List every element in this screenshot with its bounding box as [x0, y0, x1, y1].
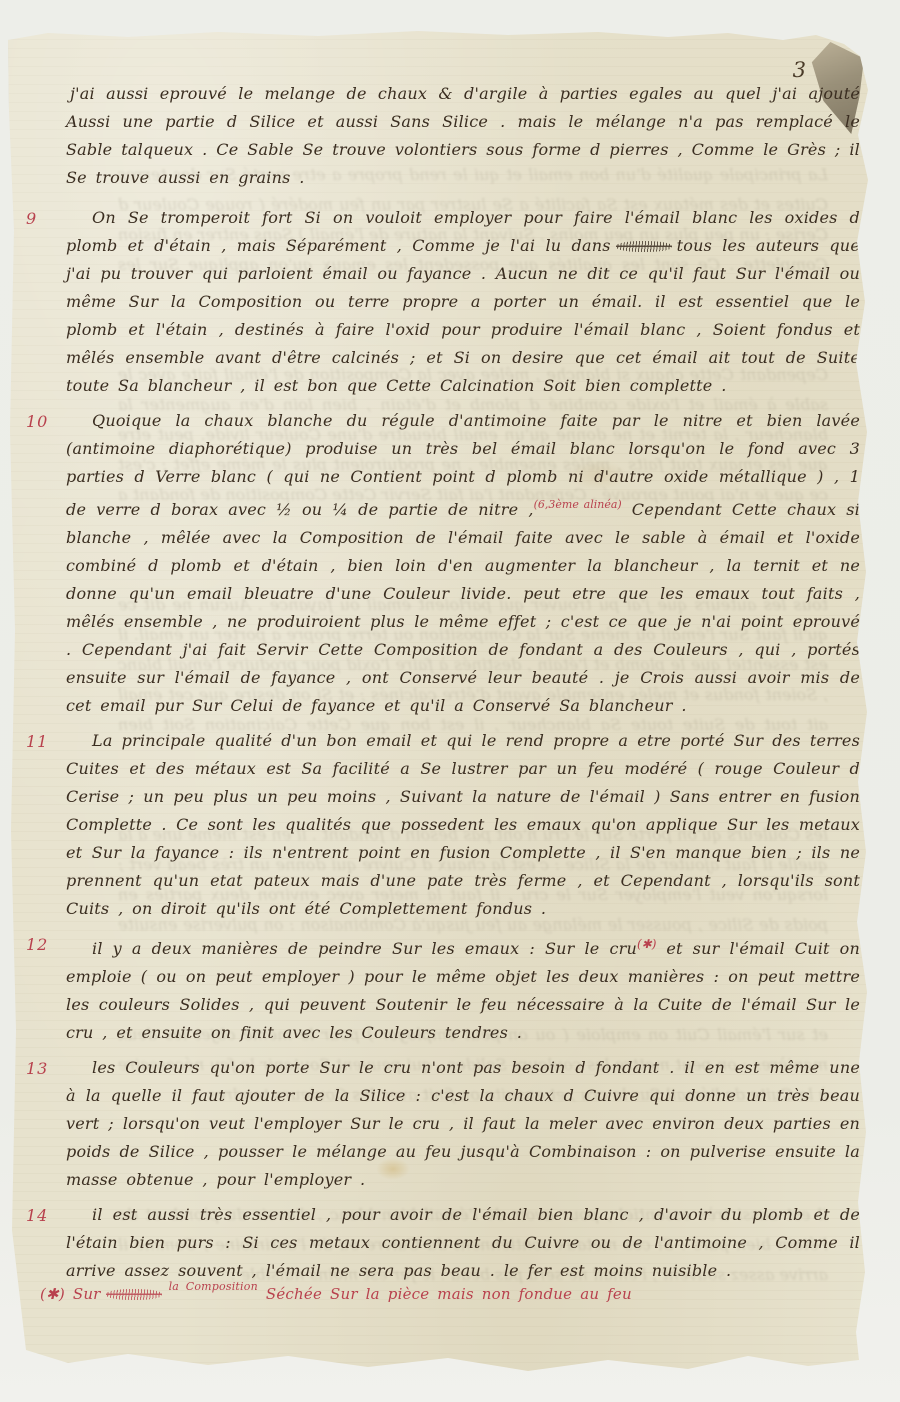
- manuscript-paragraph-9: 9On Se tromperoit fort Si on vouloit emp…: [66, 204, 860, 400]
- manuscript-text-column: j'ai aussi eprouvé le melange de chaux &…: [66, 80, 860, 1285]
- paragraph-13-text: les Couleurs qu'on porte Sur le cru n'on…: [66, 1058, 860, 1189]
- footnote-insertion: la Composition: [169, 1280, 258, 1293]
- paragraph-10-text: Cependant Cette chaux si blanche , mêlée…: [66, 500, 860, 715]
- footnote: (✱) Surla Composition Séchée Sur la pièc…: [40, 1284, 820, 1306]
- scribbled-out-word: [616, 241, 672, 252]
- manuscript-paragraph-12: 12il y a deux manières de peindre Sur le…: [66, 930, 860, 1047]
- paragraph-11-text: La principale qualité d'un bon email et …: [66, 731, 860, 918]
- manuscript-paragraph-10: 10Quoique la chaux blanche du régule d'a…: [66, 407, 860, 720]
- manuscript-page: La principale qualité d'un bon email et …: [8, 30, 870, 1372]
- manuscript-paragraph-14: 14il est aussi très essentiel , pour avo…: [66, 1201, 860, 1285]
- margin-number-12: 12: [26, 931, 48, 959]
- red-annotation: (6,3ème alinéa): [534, 498, 622, 511]
- margin-number-13: 13: [26, 1055, 48, 1083]
- footnote-text: Sur: [73, 1285, 101, 1303]
- margin-number-14: 14: [26, 1202, 48, 1230]
- manuscript-paragraph-13: 13les Couleurs qu'on porte Sur le cru n'…: [66, 1054, 860, 1194]
- footnote-mark: (✱): [40, 1285, 65, 1303]
- footnote-reference-mark: (✱): [637, 937, 656, 951]
- margin-number-11: 11: [26, 728, 48, 756]
- footnote-text: Séchée Sur la pièce mais non fondue au f…: [266, 1285, 632, 1303]
- manuscript-paragraph-11: 11La principale qualité d'un bon email e…: [66, 727, 860, 923]
- opening-paragraph: j'ai aussi eprouvé le melange de chaux &…: [66, 80, 860, 192]
- paragraph-14-text: il est aussi très essentiel , pour avoir…: [66, 1205, 860, 1280]
- margin-number-9: 9: [26, 205, 37, 233]
- margin-number-10: 10: [26, 408, 48, 436]
- paragraph-9-text: tous les auteurs que j'ai pu trouver qui…: [66, 236, 860, 395]
- paragraph-12-text: il y a deux manières de peindre Sur les …: [92, 939, 637, 958]
- page-number: 3: [793, 58, 806, 82]
- scribbled-out-word: [106, 1289, 162, 1300]
